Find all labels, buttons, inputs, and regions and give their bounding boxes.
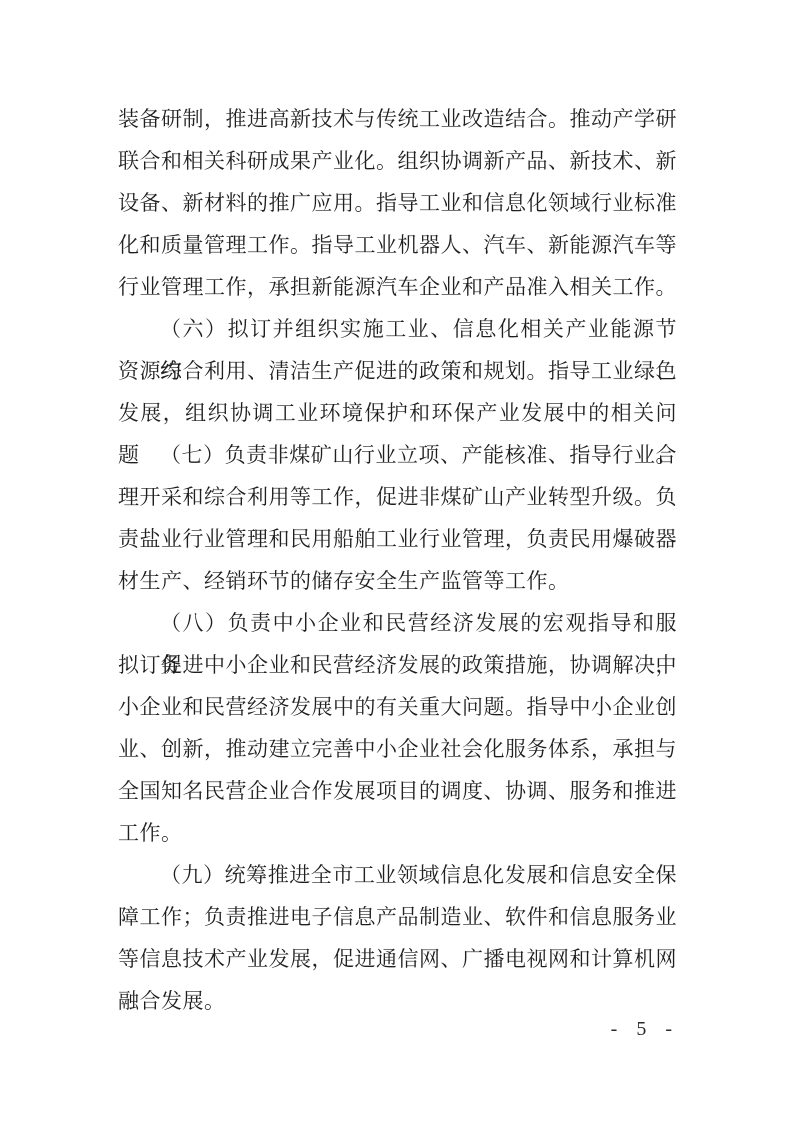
text-line: 理开采和综合利用等工作，促进非煤矿山产业转型升级。负 [118, 476, 677, 518]
text-line-paragraph-9-start: （九）统筹推进全市工业领域信息化发展和信息安全保 [118, 854, 677, 896]
text-line: 拟订促进中小企业和民营经济发展的政策措施，协调解决中 [118, 644, 677, 686]
text-line: 全国知名民营企业合作发展项目的调度、协调、服务和推进 [118, 770, 677, 812]
text-line-paragraph-8-start: （八）负责中小企业和民营经济发展的宏观指导和服务， [118, 602, 677, 644]
text-line: 发展，组织协调工业环境保护和环保产业发展中的相关问题。 [118, 392, 677, 434]
text-line: 联合和相关科研成果产业化。组织协调新产品、新技术、新 [118, 140, 677, 182]
text-line: 资源综合利用、清洁生产促进的政策和规划。指导工业绿色 [118, 350, 677, 392]
text-line-paragraph-7-start: （七）负责非煤矿山行业立项、产能核准、指导行业合 [118, 434, 677, 476]
document-page: 装备研制，推进高新技术与传统工业改造结合。推动产学研 联合和相关科研成果产业化。… [0, 0, 793, 1122]
text-line: 业、创新，推动建立完善中小企业社会化服务体系，承担与 [118, 728, 677, 770]
text-line-paragraph-8-end: 工作。 [118, 812, 677, 854]
text-line-paragraph-6-start: （六）拟订并组织实施工业、信息化相关产业能源节约、 [118, 308, 677, 350]
text-line: 责盐业行业管理和民用船舶工业行业管理，负责民用爆破器 [118, 518, 677, 560]
text-line: 小企业和民营经济发展中的有关重大问题。指导中小企业创 [118, 686, 677, 728]
text-line-paragraph-9-end: 融合发展。 [118, 980, 677, 1022]
text-line: 设备、新材料的推广应用。指导工业和信息化领域行业标准 [118, 182, 677, 224]
text-line: 化和质量管理工作。指导工业机器人、汽车、新能源汽车等 [118, 224, 677, 266]
document-body: 装备研制，推进高新技术与传统工业改造结合。推动产学研 联合和相关科研成果产业化。… [118, 98, 677, 1022]
text-line: 障工作；负责推进电子信息产品制造业、软件和信息服务业 [118, 896, 677, 938]
page-number: - 5 - [611, 1018, 675, 1041]
text-line: 装备研制，推进高新技术与传统工业改造结合。推动产学研 [118, 98, 677, 140]
text-line: 等信息技术产业发展，促进通信网、广播电视网和计算机网 [118, 938, 677, 980]
text-line: 行业管理工作，承担新能源汽车企业和产品准入相关工作。 [118, 266, 677, 308]
text-line-paragraph-7-end: 材生产、经销环节的储存安全生产监管等工作。 [118, 560, 677, 602]
